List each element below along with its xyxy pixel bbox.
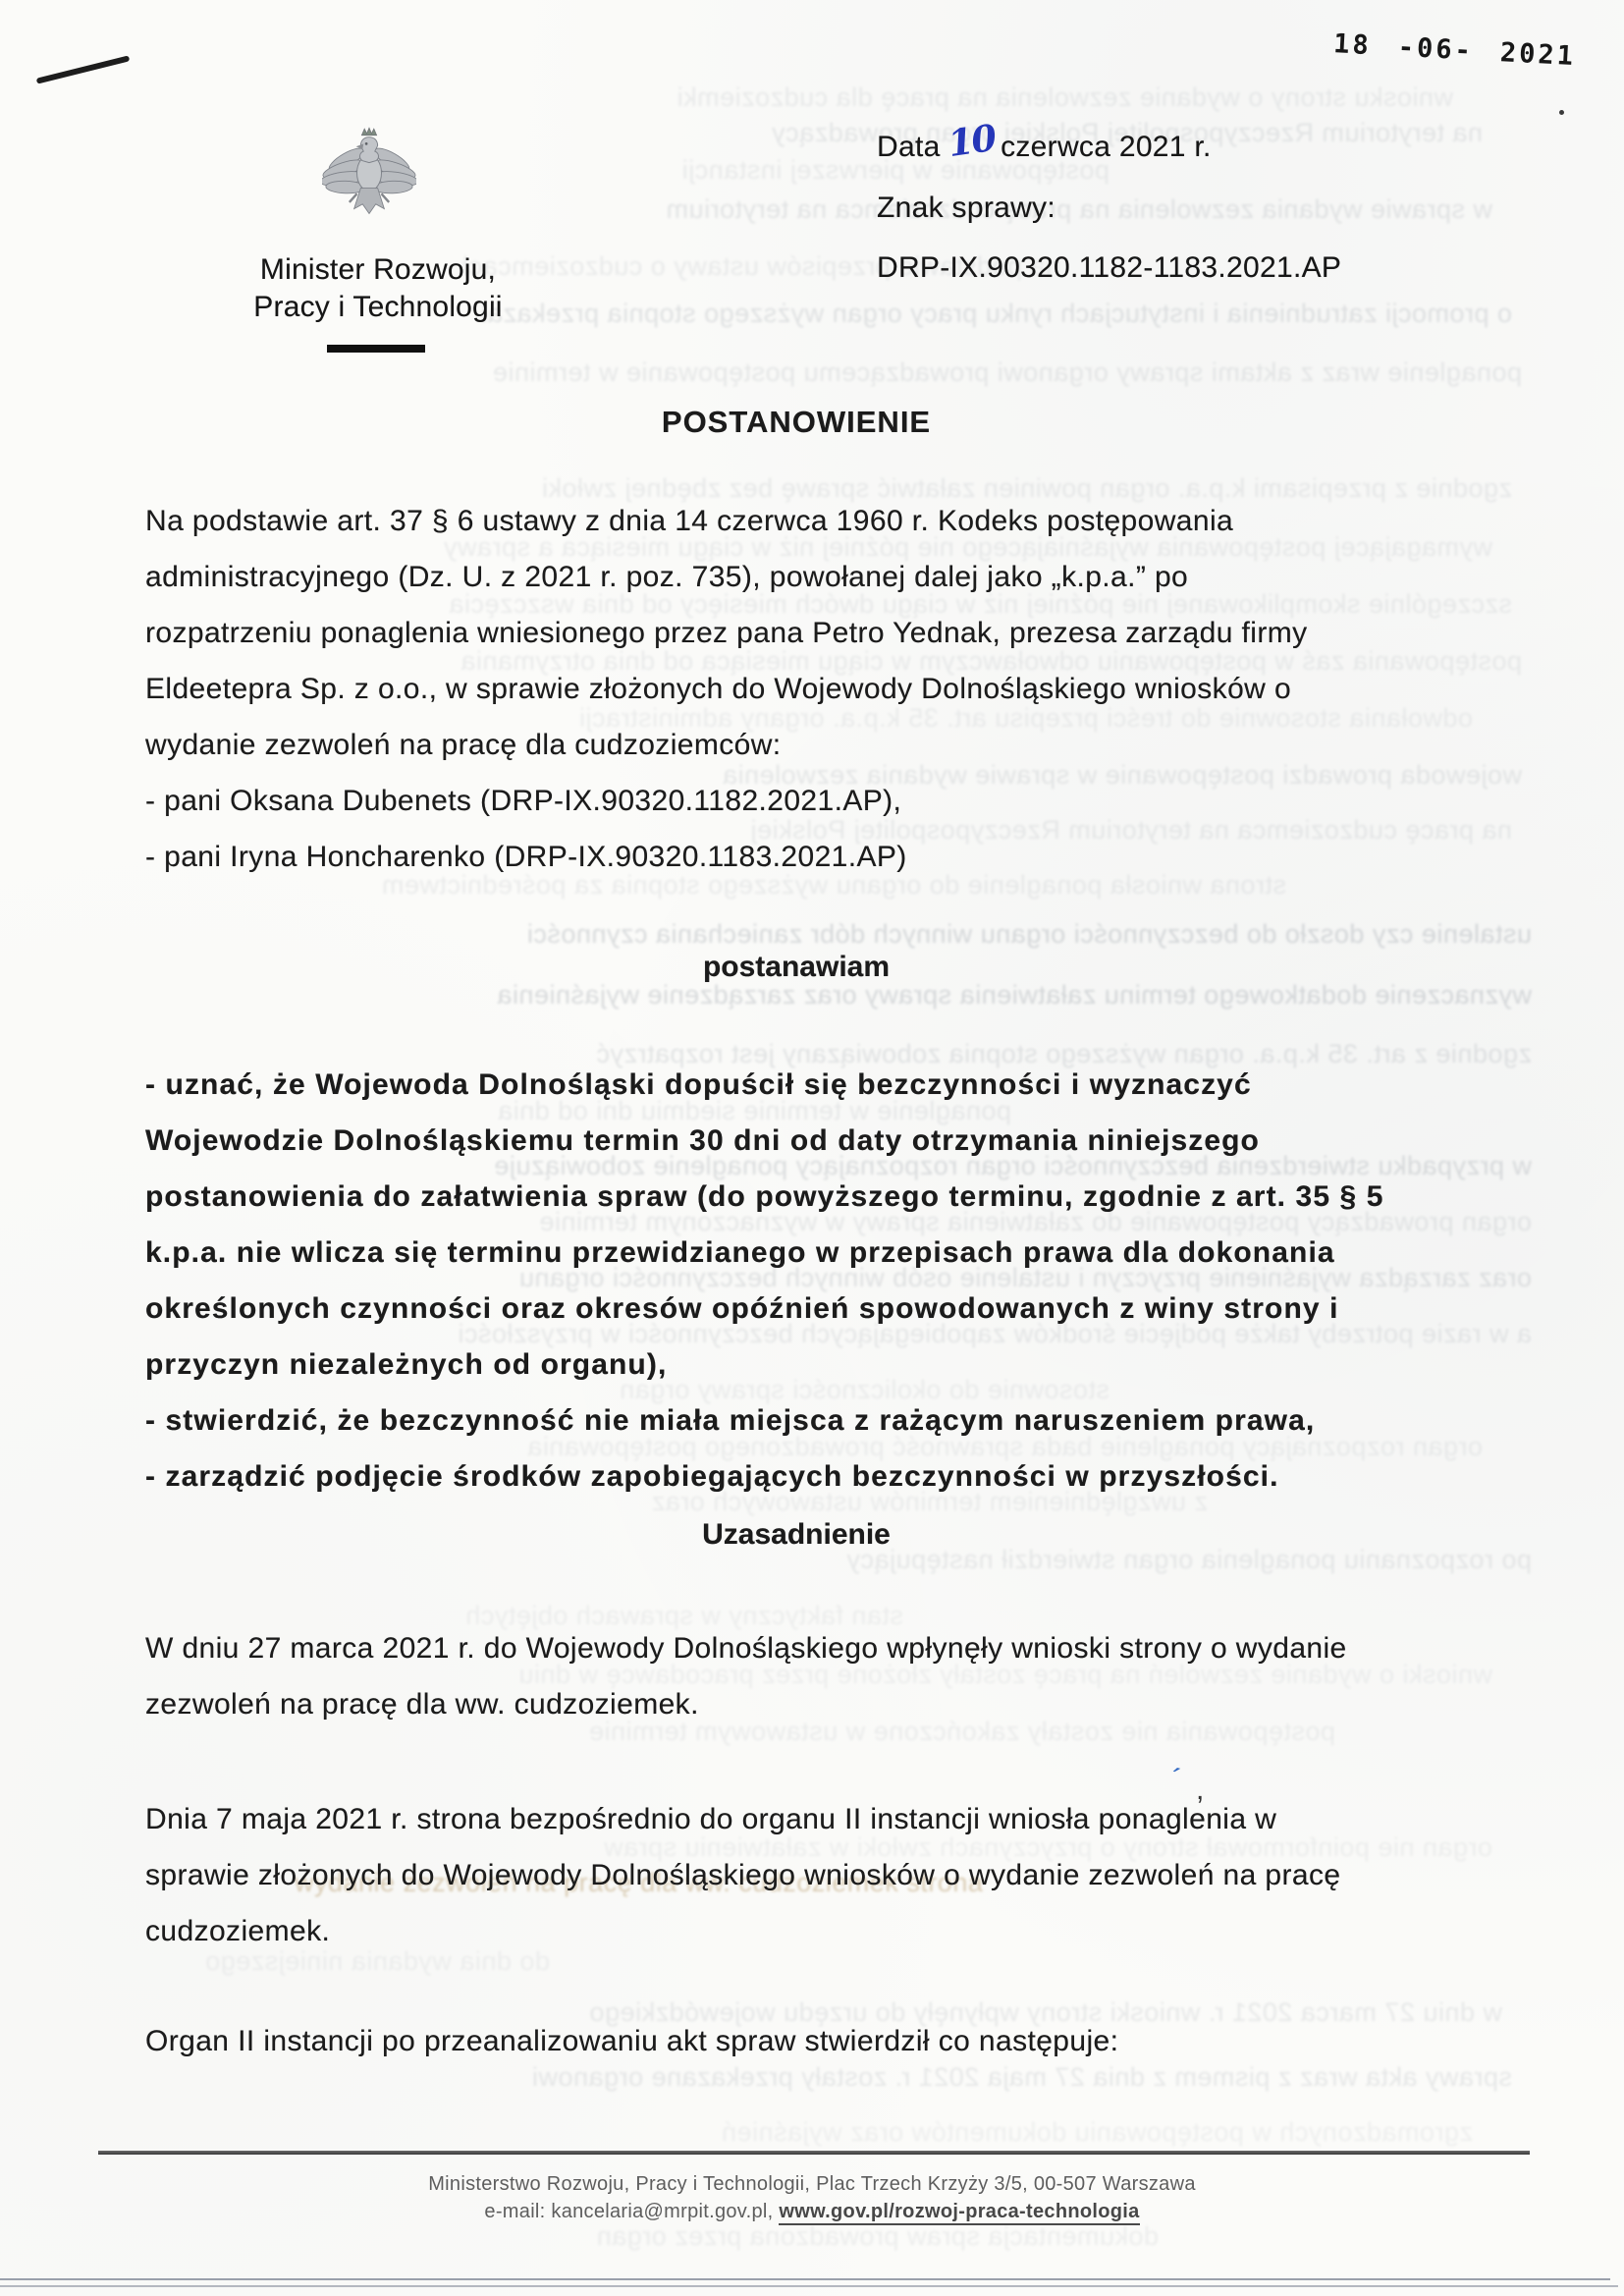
text-line: Dnia 7 maja 2021 r. strona bezpośrednio … (145, 1803, 1340, 1859)
decision-line: k.p.a. nie wlicza się terminu przewidzia… (145, 1236, 1384, 1292)
text-line: rozpatrzeniu ponaglenia wniesionego prze… (145, 617, 1308, 673)
intro-paragraph: Na podstawie art. 37 § 6 ustawy z dnia 1… (145, 505, 1308, 897)
text-line: Na podstawie art. 37 § 6 ustawy z dnia 1… (145, 505, 1308, 561)
footer-block: Ministerstwo Rozwoju, Pracy i Technologi… (0, 2170, 1624, 2225)
footer-website-link: www.gov.pl/rozwoj-praca-technologia (779, 2201, 1139, 2225)
comma-artifact: , (1196, 1774, 1204, 1807)
letter-meta-block: Data10czerwca 2021 r. Znak sprawy: DRP-I… (877, 122, 1341, 311)
sender-underline (327, 345, 425, 353)
date-label: Data (877, 131, 941, 163)
sender-block: Minister Rozwoju, Pracy i Technologii (187, 251, 569, 326)
case-label-row: Znak sprawy: (877, 191, 1341, 225)
scan-edge-line (0, 2278, 1610, 2280)
scanned-document-page: wniosku strony o wydanie zezwolenia na p… (0, 0, 1624, 2296)
pen-mark-artifact (36, 55, 131, 83)
decision-line: - stwierdzić, że bezczynność nie miała m… (145, 1404, 1384, 1460)
blue-ink-tick-artifact: ´ (1167, 1763, 1184, 1797)
polish-eagle-emblem-icon (322, 124, 416, 230)
decision-line: postanowienia do załatwienia spraw (do p… (145, 1180, 1384, 1236)
sender-line-1: Minister Rozwoju, (187, 251, 569, 289)
text-line: cudzoziemek. (145, 1915, 1340, 1971)
justification-paragraph-3: Organ II instancji po przeanalizowaniu a… (145, 2025, 1118, 2081)
decision-list: - uznać, że Wojewoda Dolnośląski dopuści… (145, 1068, 1384, 1516)
justification-heading: Uzasadnienie (0, 1518, 1608, 1552)
scan-edge-line-2 (0, 2285, 1618, 2287)
text-line: wydanie zezwoleń na pracę dla cudzoziemc… (145, 729, 1308, 785)
decision-line: Wojewodzie Dolnośląskiemu termin 30 dni … (145, 1124, 1384, 1180)
footer-address: Ministerstwo Rozwoju, Pracy i Technologi… (0, 2170, 1624, 2198)
date-text: czerwca 2021 r. (1001, 131, 1212, 163)
text-line: sprawie złożonych do Wojewody Dolnośląsk… (145, 1859, 1340, 1915)
date-stamp: 18 -06- 2021 (1332, 28, 1589, 73)
footer-divider (98, 2151, 1530, 2155)
justification-paragraph-2: Dnia 7 maja 2021 r. strona bezpośrednio … (145, 1803, 1340, 1971)
sender-line-2: Pracy i Technologii (187, 289, 569, 326)
decision-line: określonych czynności oraz okresów opóźn… (145, 1292, 1384, 1348)
justification-paragraph-1: W dniu 27 marca 2021 r. do Wojewody Doln… (145, 1632, 1347, 1744)
text-line: administracyjnego (Dz. U. z 2021 r. poz.… (145, 561, 1308, 617)
handwritten-day: 10 (945, 116, 997, 165)
text-line: - pani Oksana Dubenets (DRP-IX.90320.118… (145, 785, 1308, 841)
decision-line: przyczyn niezależnych od organu), (145, 1348, 1384, 1404)
ink-dot-artifact (1559, 110, 1564, 115)
footer-email: e-mail: kancelaria@mrpit.gov.pl, (484, 2201, 779, 2222)
text-line: zezwoleń na pracę dla ww. cudzoziemek. (145, 1688, 1347, 1744)
case-number-row: DRP-IX.90320.1182-1183.2021.AP (877, 251, 1341, 285)
date-row: Data10czerwca 2021 r. (877, 122, 1341, 165)
text-line: Organ II instancji po przeanalizowaniu a… (145, 2025, 1118, 2081)
text-line: - pani Iryna Honcharenko (DRP-IX.90320.1… (145, 841, 1308, 897)
decision-heading: postanawiam (0, 951, 1608, 984)
decision-line: - uznać, że Wojewoda Dolnośląski dopuści… (145, 1068, 1384, 1124)
footer-contact: e-mail: kancelaria@mrpit.gov.pl, www.gov… (0, 2198, 1624, 2225)
decision-line: - zarządzić podjęcie środków zapobiegają… (145, 1460, 1384, 1516)
text-line: W dniu 27 marca 2021 r. do Wojewody Doln… (145, 1632, 1347, 1688)
document-title: POSTANOWIENIE (0, 405, 1608, 440)
text-line: Eldeetepra Sp. z o.o., w sprawie złożony… (145, 673, 1308, 729)
